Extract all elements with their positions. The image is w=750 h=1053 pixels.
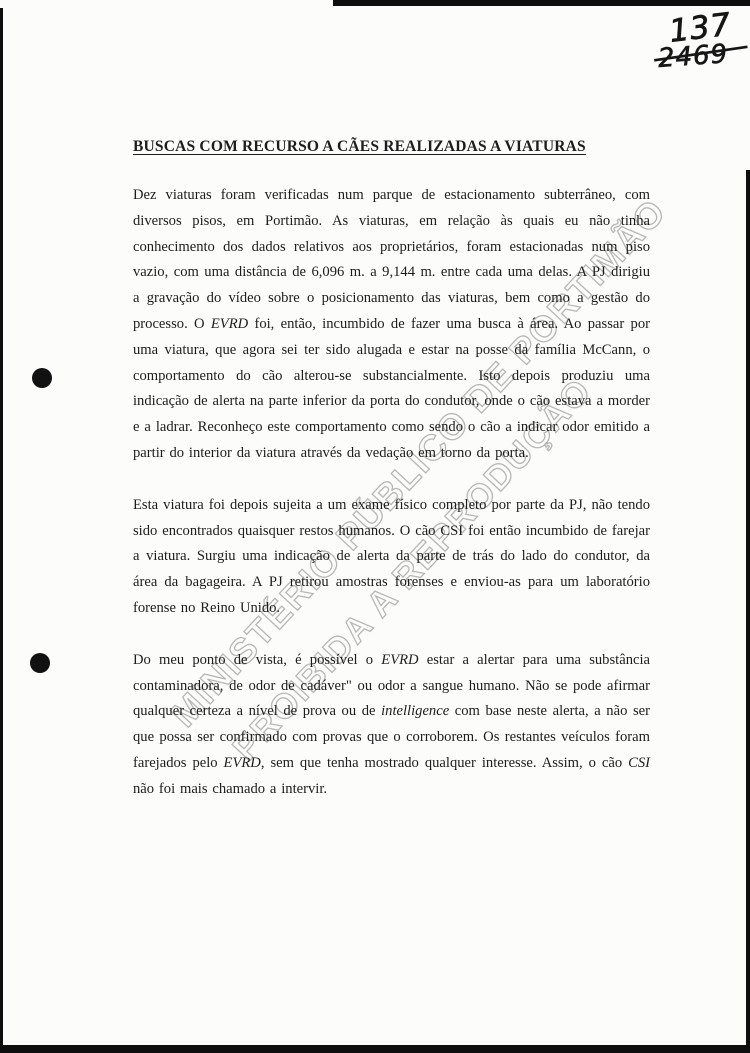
italic-term: intelligence — [381, 703, 449, 719]
hole-punch-dot — [30, 653, 50, 673]
italic-term: CSI — [628, 755, 650, 771]
text-run: Do meu ponto de vista, é possível o — [133, 652, 381, 668]
text-run: Esta viatura foi depois sujeita a um exa… — [133, 497, 650, 616]
scanned-document-page: 137 2469 MINISTÉRIO PÚBLICO DE PORTIMÃO … — [0, 0, 750, 1053]
scan-edge-right — [746, 170, 750, 1046]
hole-punch-dot — [32, 368, 52, 388]
text-run: não foi mais chamado a intervir. — [133, 781, 327, 797]
paragraph-2: Esta viatura foi depois sujeita a um exa… — [133, 493, 650, 622]
document-title: BUSCAS COM RECURSO A CÃES REALIZADAS A V… — [133, 138, 650, 156]
italic-term: EVRD — [381, 652, 418, 668]
handwritten-page-numbers: 137 2469 — [612, 4, 750, 68]
text-run: foi, então, incumbido de fazer uma busca… — [133, 316, 650, 461]
italic-term: EVRD — [211, 316, 248, 332]
paragraph-3: Do meu ponto de vista, é possível o EVRD… — [133, 648, 650, 803]
italic-term: EVRD — [224, 755, 261, 771]
text-run: , sem que tenha mostrado qualquer intere… — [261, 755, 628, 771]
scan-edge-left — [0, 8, 3, 1053]
scan-edge-bottom — [0, 1045, 750, 1053]
paragraph-1: Dez viaturas foram verificadas num parqu… — [133, 183, 650, 467]
document-body: BUSCAS COM RECURSO A CÃES REALIZADAS A V… — [133, 138, 650, 829]
text-run: Dez viaturas foram verificadas num parqu… — [133, 187, 650, 332]
